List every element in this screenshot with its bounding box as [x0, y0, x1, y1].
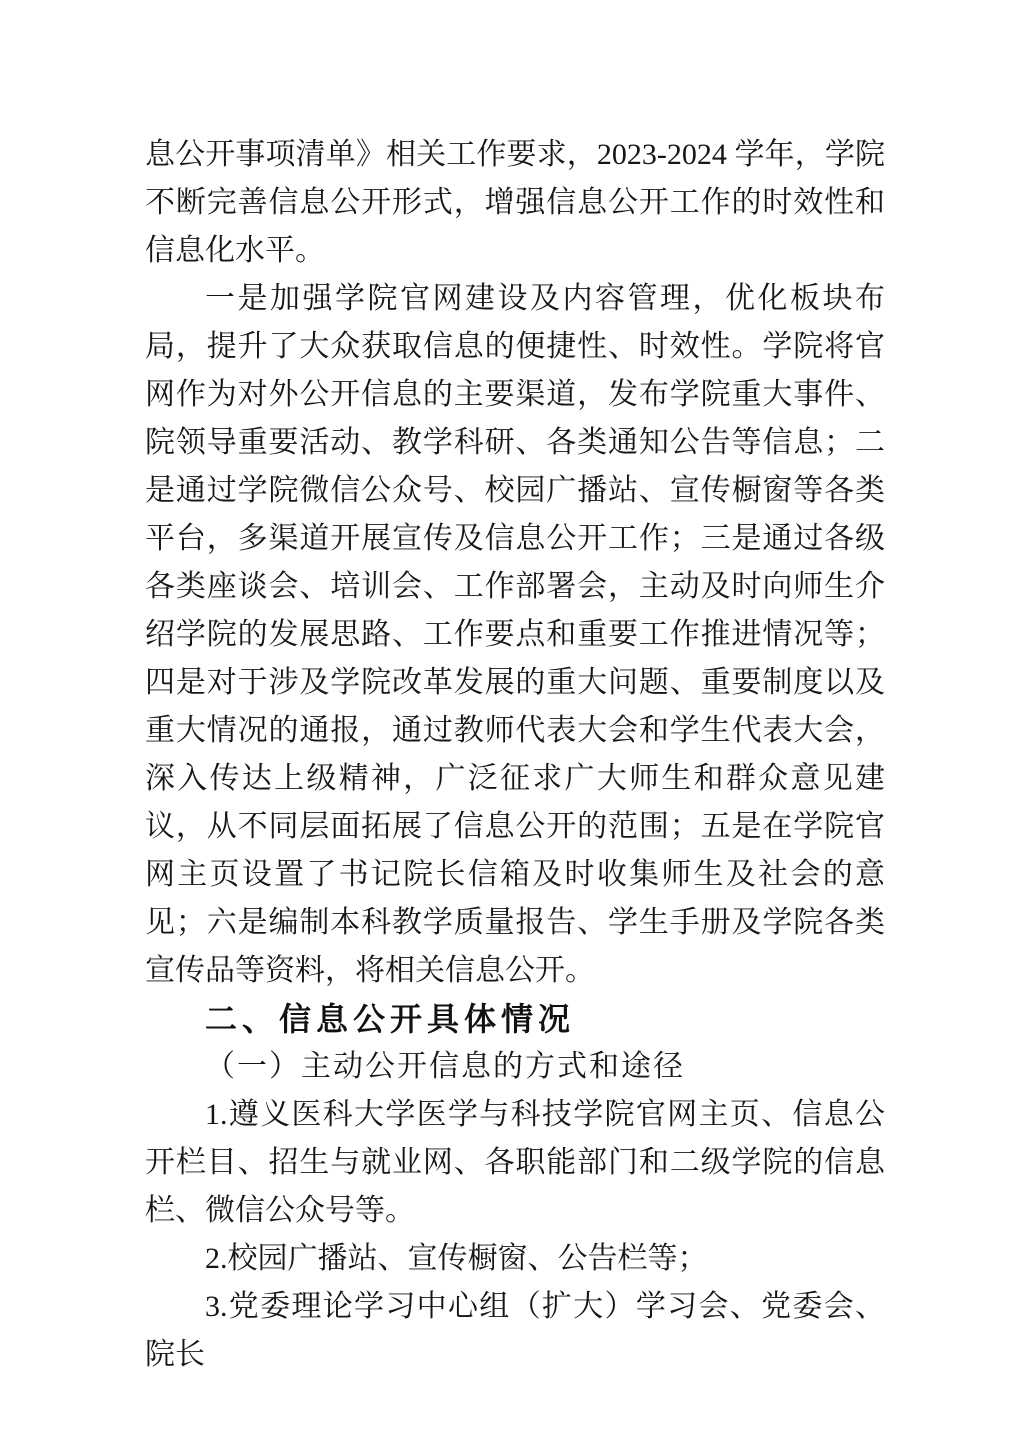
list-item-1: 1.遵义医科大学医学与科技学院官网主页、信息公开栏目、招生与就业网、各职能部门和…	[145, 1091, 885, 1235]
list-item-2: 2.校园广播站、宣传橱窗、公告栏等；	[145, 1235, 885, 1283]
subsection-heading: （一）主动公开信息的方式和途径	[145, 1043, 885, 1091]
paragraph-measures: 一是加强学院官网建设及内容管理，优化板块布局，提升了大众获取信息的便捷性、时效性…	[145, 275, 885, 995]
document-page: 息公开事项清单》相关工作要求，2023-2024 学年，学院不断完善信息公开形式…	[0, 0, 1024, 1448]
section-heading: 二、信息公开具体情况	[145, 995, 885, 1043]
paragraph-intro-continuation: 息公开事项清单》相关工作要求，2023-2024 学年，学院不断完善信息公开形式…	[145, 131, 885, 275]
list-item-3: 3.党委理论学习中心组（扩大）学习会、党委会、院长	[145, 1283, 885, 1379]
